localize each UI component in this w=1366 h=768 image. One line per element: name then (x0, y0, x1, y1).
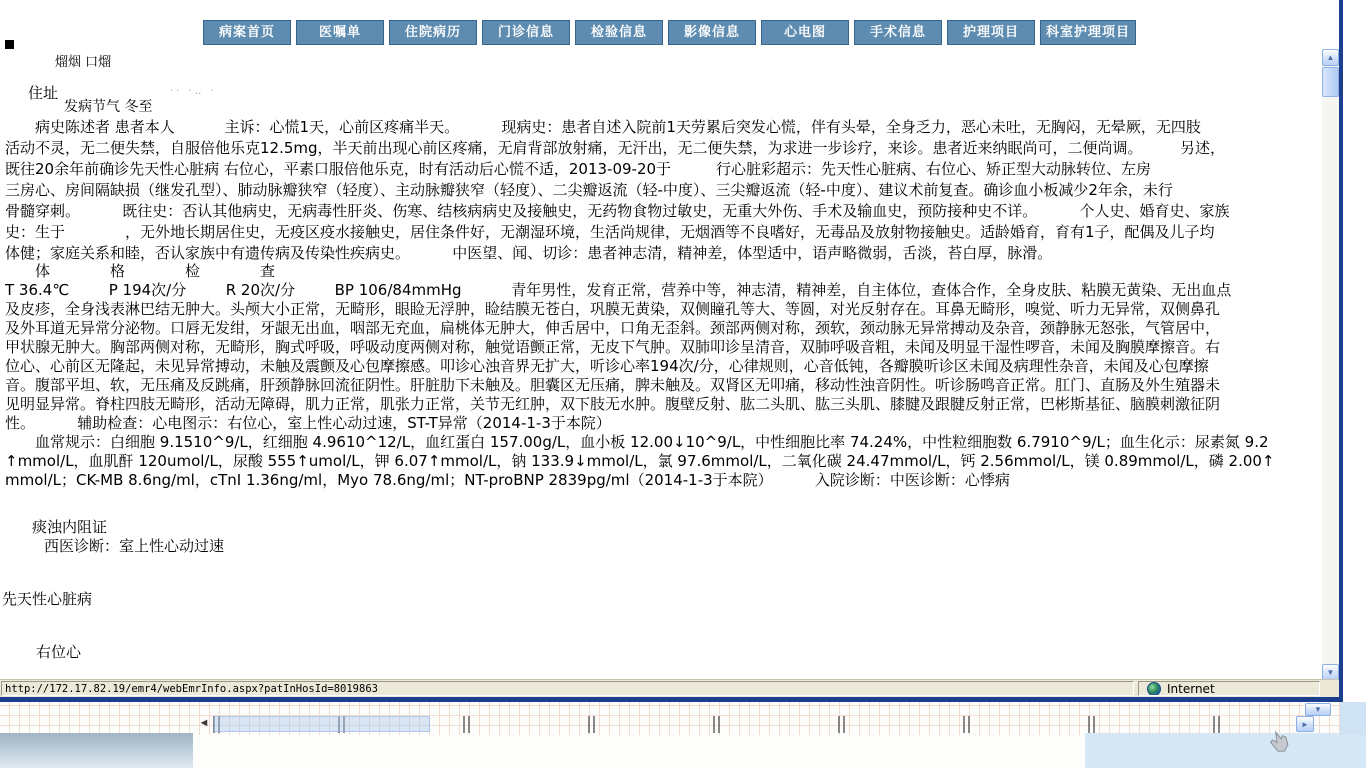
western-diagnosis-line: 西医诊断：室上性心动过速 (44, 535, 224, 556)
status-bar: http://172.17.82.19/emr4/webEmrInfo.aspx… (0, 679, 1339, 697)
nav-toolbar: 病案首页 医嘱单 住院病历 门诊信息 检验信息 影像信息 心电图 手术信息 护理… (203, 20, 1136, 45)
nav-button[interactable]: 影像信息 (668, 20, 756, 45)
nav-button[interactable]: 病案首页 (203, 20, 291, 45)
history-text-line: 骨髓穿刺。 既往史：否认其他病史，无病毒性肝炎、伤寒、结核病病史及接触史，无药物… (5, 201, 1317, 222)
exam-text-line: 血常规示：白细胞 9.1510^9/L，红细胞 4.9610^12/L，血红蛋白… (5, 433, 1317, 452)
nav-button[interactable]: 手术信息 (854, 20, 942, 45)
garbled-header-text: 熘烟 口熘 (55, 51, 111, 70)
congenital-heart-disease-line: 先天性心脏病 (2, 588, 92, 609)
history-paragraph: 病史陈述者 患者本人 主诉：心慌1天，心前区疼痛半天。 现病史：患者自述入院前1… (5, 117, 1317, 264)
dextrocardia-line: 右位心 (36, 641, 81, 662)
tcm-syndrome-line: 痰浊内阻证 (32, 516, 107, 537)
vertical-scrollbar-thumb[interactable] (1322, 67, 1339, 97)
internet-globe-icon (1147, 682, 1161, 696)
vertical-scrollbar[interactable]: ▲ ▼ (1322, 49, 1339, 681)
history-text-line: 三房心、房间隔缺损（继发孔型）、肺动脉瓣狭窄（轻度）、主动脉瓣狭窄（轻度）、二尖… (5, 180, 1317, 201)
exam-text-line: 性。 辅助检查：心电图示：右位心，室上性心动过速，ST-T异常（2014-1-3… (5, 414, 1317, 433)
exam-text-line: 位心、心前区无隆起，未见异常搏动，未触及震颤及心包摩擦感。叩诊心浊音界无扩大，听… (5, 357, 1317, 376)
nav-button[interactable]: 医嘱单 (296, 20, 384, 45)
address-value-illegible: ·· ·‥ · (170, 86, 217, 97)
history-text-line: 史：生于 ，无外地长期居住史，无疫区疫水接触史，居住条件好，无潮湿环境，生活尚规… (5, 222, 1317, 243)
history-text-line: 活动不灵，无二便失禁，自服倍他乐克12.5mg，半天前出现心前区疼痛，无肩背部放… (5, 138, 1317, 159)
status-url-panel: http://172.17.82.19/emr4/webEmrInfo.aspx… (1, 681, 1134, 696)
exam-text-line: 甲状腺无肿大。胸部两侧对称，无畸形，胸式呼吸，呼吸动度两侧对称，触觉语颤正常，无… (5, 338, 1317, 357)
hand-cursor-icon (1266, 730, 1292, 756)
exam-text-line: ↑mmol/L，血肌酐 120umol/L，尿酸 555↑umol/L，钾 6.… (5, 452, 1317, 471)
exam-text-line: T 36.4℃ P 194次/分 R 20次/分 BP 106/84mmHg 青… (5, 281, 1317, 300)
bottom-right-strip (1085, 733, 1366, 768)
exam-text-line: 体 格 检 查 (5, 262, 1317, 281)
nav-button[interactable]: 住院病历 (389, 20, 477, 45)
window-border-right (1339, 0, 1343, 703)
artifact-black-mark (5, 40, 14, 49)
background-scroll-down-icon[interactable]: ▼ (1305, 703, 1331, 716)
right-edge-strip (1340, 702, 1366, 735)
bottom-left-strip (0, 733, 193, 768)
scroll-up-icon[interactable]: ▲ (1322, 49, 1339, 66)
nav-button[interactable]: 心电图 (761, 20, 849, 45)
nav-button[interactable]: 科室护理项目 (1040, 20, 1136, 45)
internet-zone-panel: Internet (1138, 681, 1320, 696)
exam-text-line: 及外耳道无异常分泌物。口唇无发绀，牙龈无出血，咽部无充血，扁桃体无肿大，伸舌居中… (5, 319, 1317, 338)
exam-text-line: mmol/L；CK-MB 8.6ng/ml，cTnI 1.36ng/ml，Myo… (5, 471, 1317, 490)
horizontal-scrollbar-thumb[interactable] (214, 716, 430, 732)
exam-text-line: 及皮疹，全身浅表淋巴结无肿大。头颅大小正常，无畸形，眼睑无浮肿，睑结膜无苍白，巩… (5, 300, 1317, 319)
browser-window: 病案首页 医嘱单 住院病历 门诊信息 检验信息 影像信息 心电图 手术信息 护理… (0, 0, 1343, 703)
history-text-line: 既往20余年前确诊先天性心脏病 右位心，平素口服倍他乐克，时有活动后心慌不适，2… (5, 159, 1317, 180)
background-grid-window: ◄ ► ▼ (0, 702, 1366, 768)
history-text-line: 体健；家庭关系和睦，否认家族中有遗传病及传染性疾病史。 中医望、闻、切诊：患者神… (5, 243, 1317, 264)
scroll-left-icon[interactable]: ◄ (196, 715, 212, 732)
nav-button[interactable]: 检验信息 (575, 20, 663, 45)
history-text-line: 病史陈述者 患者本人 主诉：心慌1天，心前区疼痛半天。 现病史：患者自述入院前1… (5, 117, 1317, 138)
exam-text-line: 见明显异常。脊柱四肢无畸形，活动无障碍，肌力正常，肌张力正常，关节无红肿，双下肢… (5, 395, 1317, 414)
internet-zone-label: Internet (1167, 682, 1215, 696)
status-url-text: http://172.17.82.19/emr4/webEmrInfo.aspx… (5, 683, 378, 695)
address-label: 住址 (28, 82, 58, 103)
onset-solar-term: 发病节气 冬至 (64, 96, 152, 116)
exam-text-line: 音。腹部平坦、软，无压痛及反跳痛，肝颈静脉回流征阴性。肝脏肋下未触及。胆囊区无压… (5, 376, 1317, 395)
physical-exam-paragraph: 体 格 检 查 T 36.4℃ P 194次/分 R 20次/分 BP 106/… (5, 262, 1317, 490)
nav-button[interactable]: 门诊信息 (482, 20, 570, 45)
scroll-right-icon[interactable]: ► (1296, 716, 1314, 732)
nav-button[interactable]: 护理项目 (947, 20, 1035, 45)
